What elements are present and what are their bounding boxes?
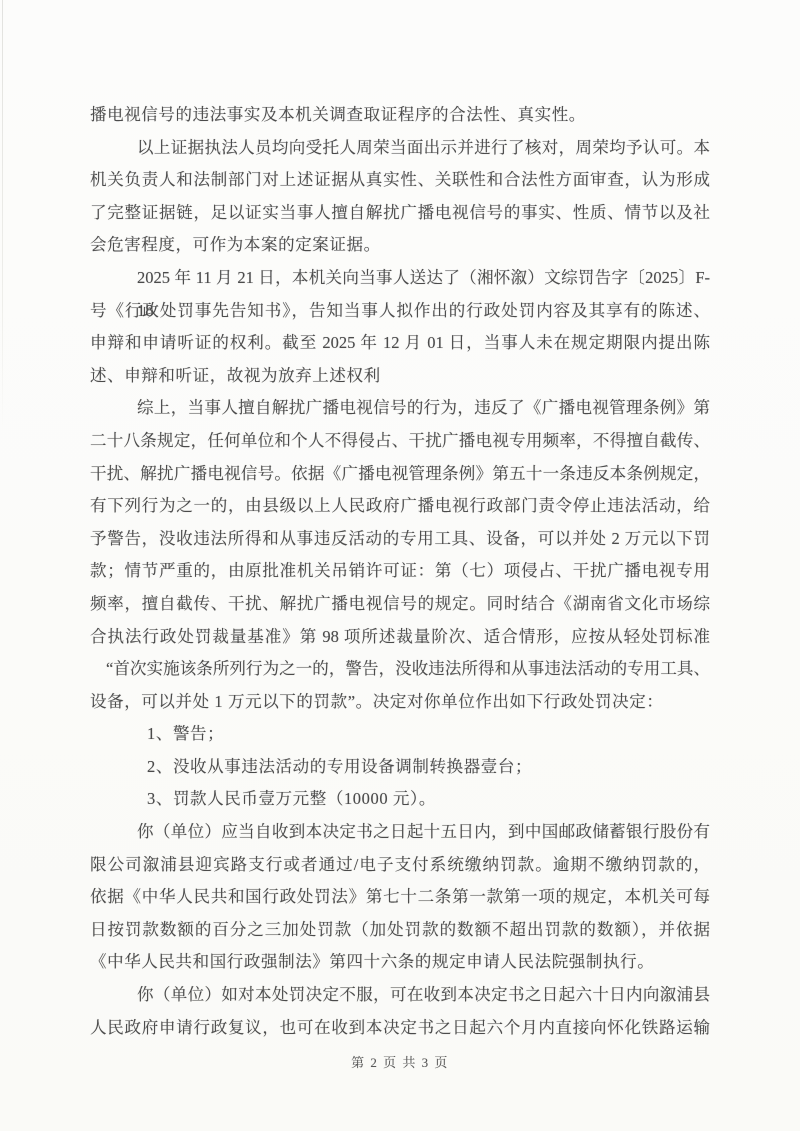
- text-line: 有下列行为之一的，由县级以上人民政府广播电视行政部门责令停止违法活动，给: [90, 490, 710, 523]
- text-line: 款；情节严重的，由原批准机关吊销许可证：第（七）项侵占、干扰广播电视专用: [90, 555, 710, 588]
- text-line: 播电视信号的违法事实及本机关调查取证程序的合法性、真实性。: [90, 99, 710, 132]
- text-line: 申辩和申请听证的权利。截至 2025 年 12 月 01 日，当事人未在规定期限…: [90, 327, 710, 360]
- page-number-footer: 第 2 页 共 3 页: [0, 1052, 800, 1071]
- text-line: 日按罚款数额的百分之三加处罚款（加处罚款的数额不超出罚款的数额），并依据: [90, 914, 710, 947]
- text-line: 合执法行政处罚裁量基准》第 98 项所述裁量阶次、适合情形，应按从轻处罚标准: [90, 621, 710, 654]
- text-line: 设备，可以并处 1 万元以下的罚款”。决定对你单位作出如下行政处罚决定：: [90, 686, 710, 719]
- text-line: 综上，当事人擅自解扰广播电视信号的行为，违反了《广播电视管理条例》第: [90, 392, 710, 425]
- text-line: 予警告，没收违法所得和从事违反活动的专用工具、设备，可以并处 2 万元以下罚: [90, 523, 710, 556]
- text-line: 人民政府申请行政复议，也可在收到本决定书之日起六个月内直接向怀化铁路运输: [90, 1012, 710, 1045]
- text-line: 号《行政处罚事先告知书》，告知当事人拟作出的行政处罚内容及其享有的陈述、: [90, 295, 710, 328]
- text-line: 2025 年 11 月 21 日，本机关向当事人送达了（湘怀溆）文综罚告字〔20…: [90, 262, 710, 295]
- text-line: 频率，擅自截传、干扰、解扰广播电视信号的规定。同时结合《湖南省文化市场综: [90, 588, 710, 621]
- text-line: 1、警告；: [90, 718, 710, 751]
- document-body: 播电视信号的违法事实及本机关调查取证程序的合法性、真实性。以上证据执法人员均向受…: [90, 99, 710, 1044]
- text-line: 你（单位）应当自收到本决定书之日起十五日内，到中国邮政储蓄银行股份有: [90, 816, 710, 849]
- text-line: 了完整证据链，足以证实当事人擅自解扰广播电视信号的事实、性质、情节以及社: [90, 197, 710, 230]
- text-line: 《中华人民共和国行政强制法》第四十六条的规定申请人民法院强制执行。: [90, 946, 710, 979]
- page-number-text: 第 2 页 共 3 页: [351, 1055, 449, 1070]
- text-line: 限公司溆浦县迎宾路支行或者通过/电子支付系统缴纳罚款。逾期不缴纳罚款的，: [90, 849, 710, 882]
- scanned-document-page: 播电视信号的违法事实及本机关调查取证程序的合法性、真实性。以上证据执法人员均向受…: [0, 0, 800, 1131]
- text-line: 述、申辩和听证，故视为放弃上述权利: [90, 360, 710, 393]
- text-line: “首次实施该条所列行为之一的，警告，没收违法所得和从事违法活动的专用工具、: [90, 653, 710, 686]
- text-line: 2、没收从事违法活动的专用设备调制转换器壹台；: [90, 751, 710, 784]
- text-line: 干扰、解扰广播电视信号。依据《广播电视管理条例》第五十一条违反本条例规定，: [90, 458, 710, 491]
- text-line: 以上证据执法人员均向受托人周荣当面出示并进行了核对，周荣均予认可。本: [90, 132, 710, 165]
- text-line: 会危害程度，可作为本案的定案证据。: [90, 229, 710, 262]
- text-line: 机关负责人和法制部门对上述证据从真实性、关联性和合法性方面审查，认为形成: [90, 164, 710, 197]
- scan-artifact-edge-line: [2, 0, 3, 430]
- text-line: 依据《中华人民共和国行政处罚法》第七十二条第一款第一项的规定，本机关可每: [90, 881, 710, 914]
- text-line: 二十八条规定，任何单位和个人不得侵占、干扰广播电视专用频率，不得擅自截传、: [90, 425, 710, 458]
- text-line: 你（单位）如对本处罚决定不服，可在收到本决定书之日起六十日内向溆浦县: [90, 979, 710, 1012]
- text-line: 3、罚款人民币壹万元整（10000 元）。: [90, 783, 710, 816]
